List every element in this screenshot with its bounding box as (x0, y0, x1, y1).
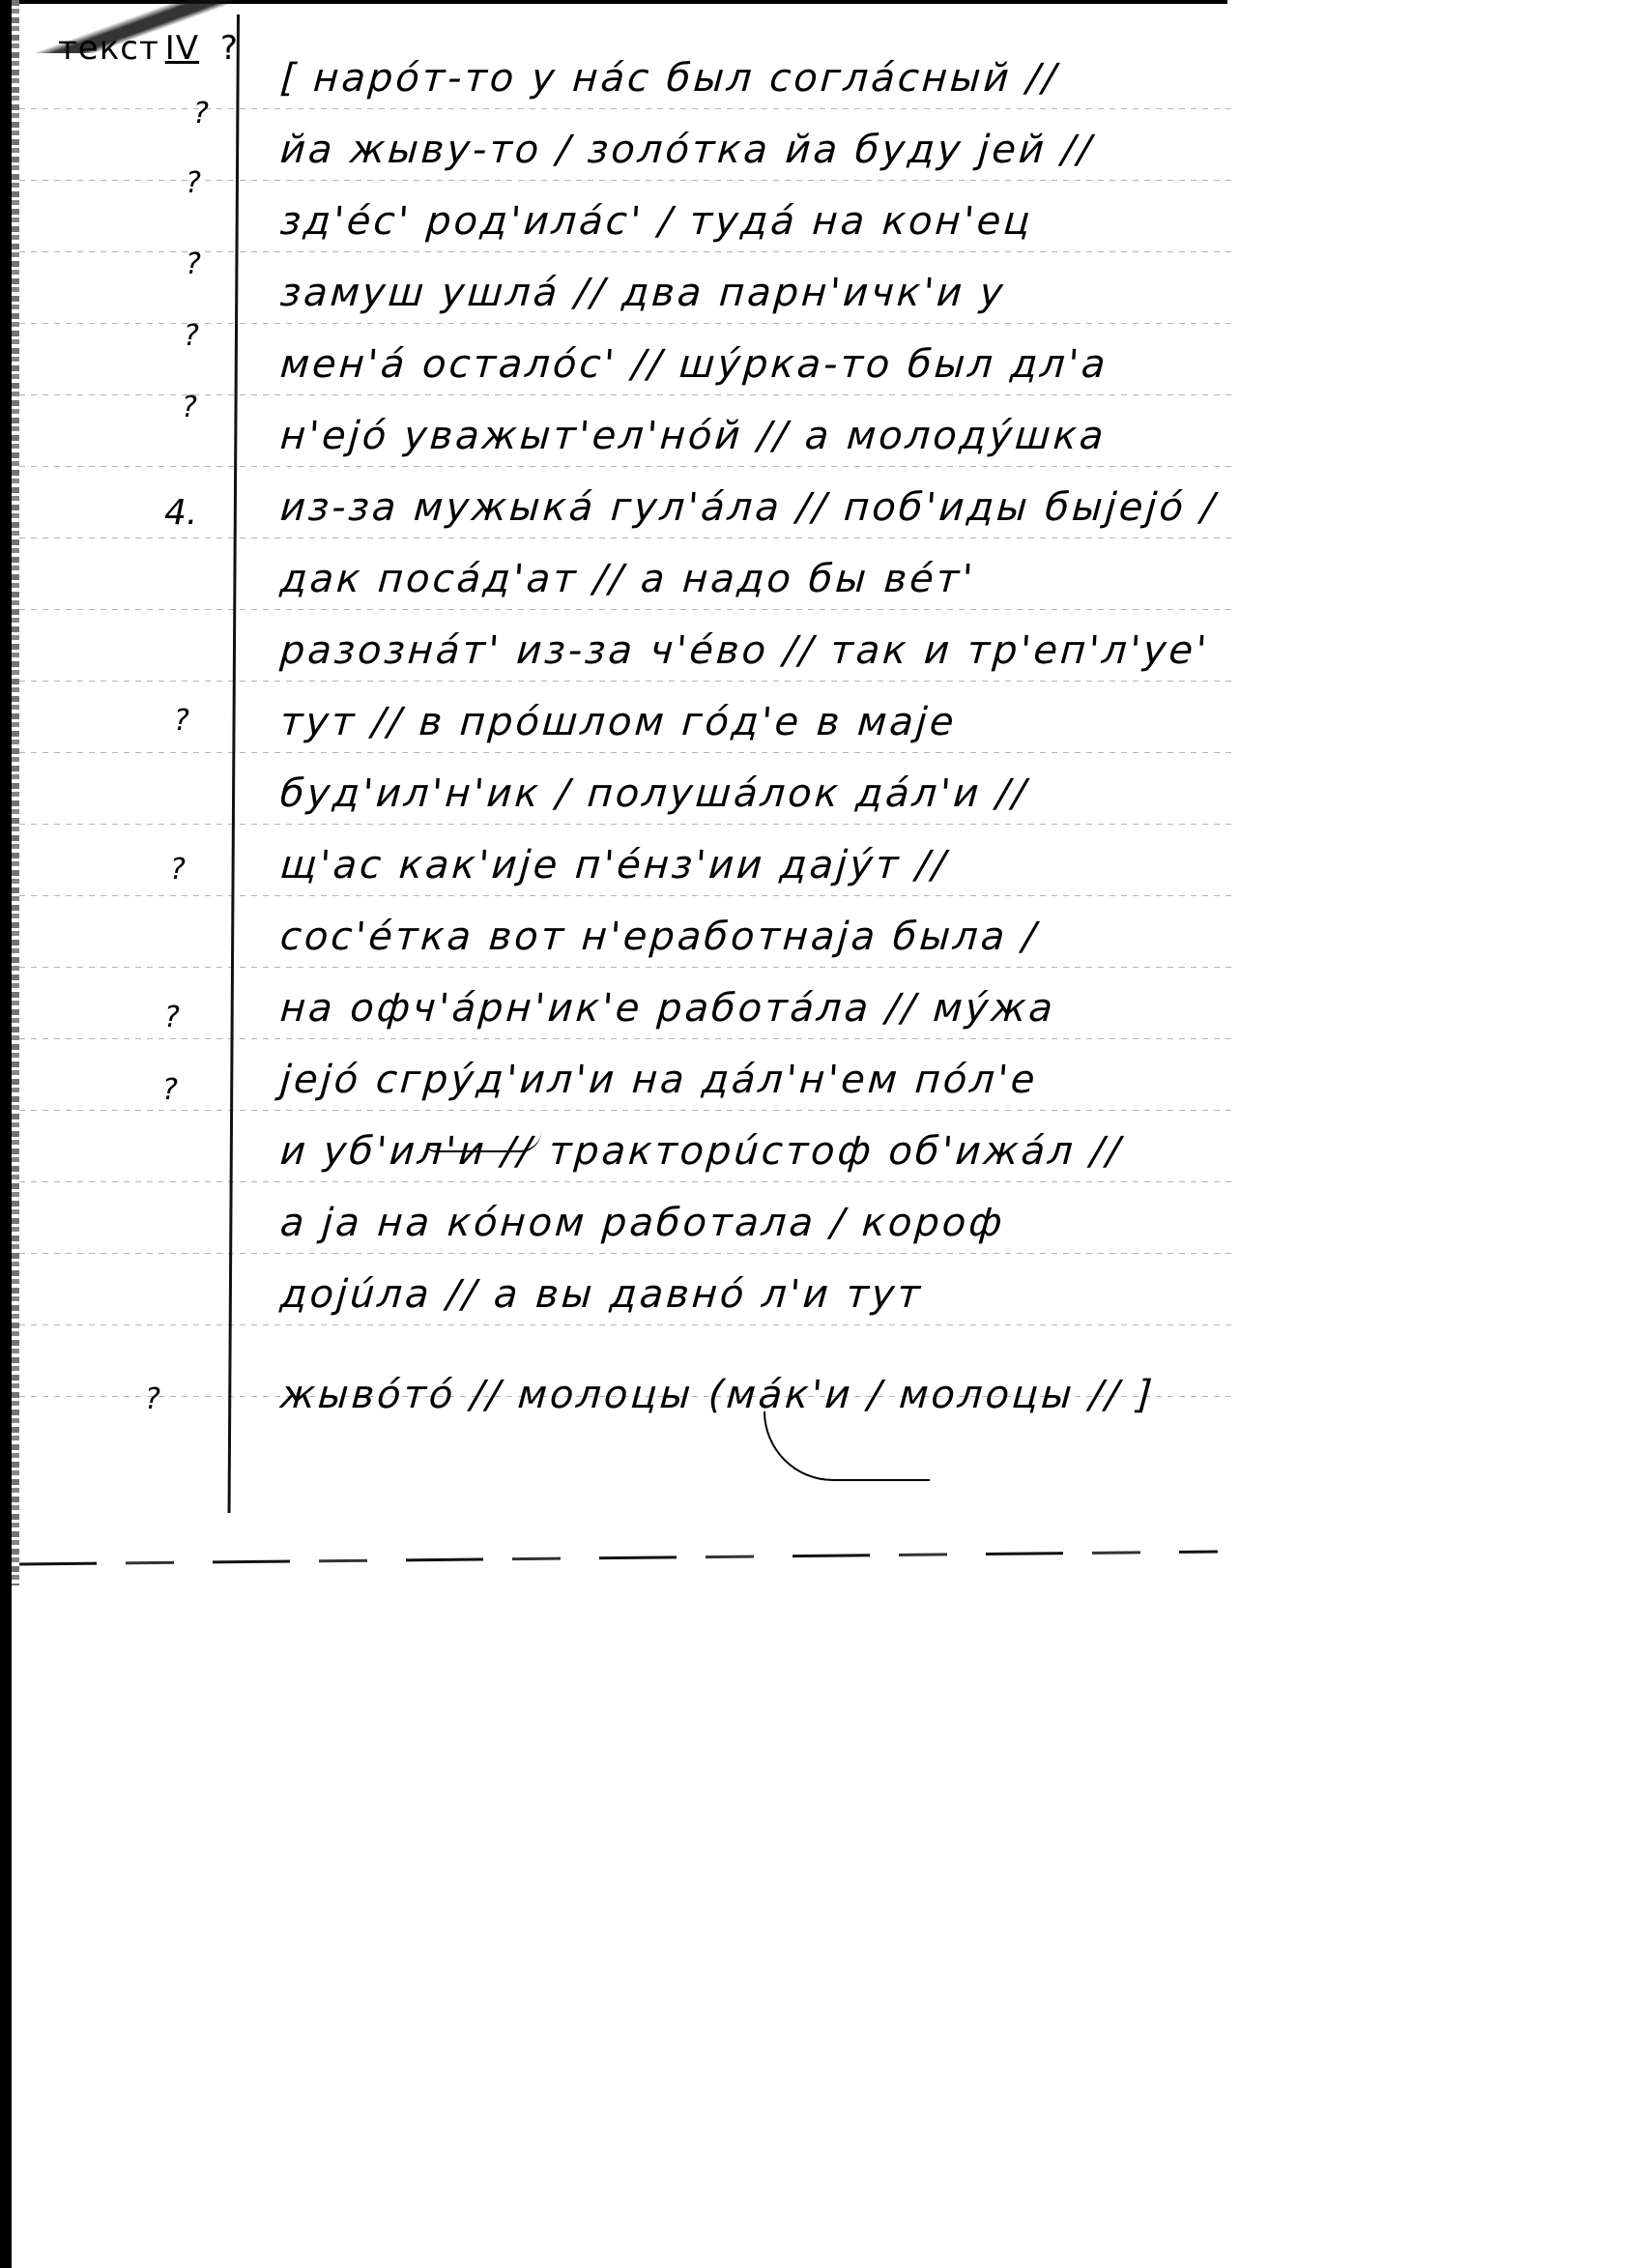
transcript-line-4: замуш ушлá // два парн'ичк'и у (278, 271, 1007, 315)
transcript-line-7: из-за мужыкá гул'áла // поб'иды быjejó / (278, 485, 1218, 530)
transcript-line-12: щ'ас как'иjе п'éнз'ии даjýт // (278, 843, 949, 887)
scanned-page: текстIV ? ? ? ? ? ? 4. ? ? ? ? ? [ нарóт… (0, 0, 1643, 2268)
ruled-line (19, 1110, 1237, 1111)
transcript-line-16: и уб'ил'и // тракторúстоф об'ижáл // (278, 1129, 1124, 1174)
transcript-line-3: зд'éс' род'илáс' / тудá на кон'ец (278, 199, 1034, 244)
margin-query-mark: ? (186, 166, 201, 200)
transcript-line-14: на офч'áрн'ик'е работáла // мýжа (278, 986, 1056, 1031)
text-heading: текстIV ? (58, 29, 239, 68)
transcript-line-1: [ нарóт-то у нáс был соглáсный // (278, 56, 1060, 101)
transcript-line-19: жывóтó // молоцы (мáк'и / молоцы // ] (278, 1373, 1156, 1417)
ruled-line (19, 895, 1237, 896)
margin-query-mark: ? (184, 319, 199, 353)
scan-left-edge (0, 0, 12, 2268)
scan-left-noise (12, 0, 19, 1585)
ruled-line (19, 323, 1237, 324)
margin-query-mark: ? (186, 247, 201, 281)
margin-query-mark: ? (174, 704, 189, 738)
ruled-line (19, 824, 1237, 825)
margin-rule (228, 15, 240, 1513)
margin-query-mark: ? (145, 1382, 160, 1416)
margin-query-mark: ? (182, 391, 197, 424)
underline-swoop (425, 1131, 541, 1152)
heading-query-mark: ? (220, 29, 239, 68)
transcript-line-9: разознáт' из-за ч'éво // так и тр'еп'л'у… (278, 628, 1210, 673)
transcript-line-17: а jа на кóном работала / короф (278, 1201, 1006, 1245)
transcript-line-8: дак посáд'ат // а надо бы вéт' (278, 557, 976, 601)
transcript-line-15: jejó сгрýд'ил'и на дáл'н'ем пóл'е (278, 1058, 1039, 1102)
ruled-line (19, 394, 1237, 395)
transcript-line-6: н'ejó уважыт'ел'нóй // а молодýшка (278, 414, 1108, 458)
heading-number: IV (165, 29, 199, 68)
ruled-line (19, 180, 1237, 181)
ruled-line (19, 752, 1237, 753)
ruled-line (19, 466, 1237, 467)
margin-query-mark: ? (170, 853, 186, 887)
ruled-line (19, 609, 1237, 610)
ruled-line (19, 967, 1237, 968)
transcript-line-2: йа жыву-то / золóтка йа буду jей // (278, 128, 1095, 172)
ruled-line (19, 1324, 1237, 1325)
transcript-line-5: мен'á осталóс' // шýрка-то был дл'а (278, 342, 1110, 387)
margin-query-mark: ? (162, 1073, 178, 1107)
ruled-line (19, 251, 1237, 252)
ruled-line (19, 538, 1237, 538)
transcript-line-13: сос'éтка вот н'еработнаjа была / (278, 915, 1040, 959)
ruled-line (19, 1253, 1237, 1254)
ruled-line (19, 681, 1237, 682)
transcript-line-18: доjúла // а вы давнó л'и тут (278, 1272, 924, 1317)
bottom-rule (19, 1551, 1218, 1566)
margin-query-mark: ? (164, 1001, 180, 1034)
margin-query-mark: ? (193, 97, 209, 131)
bracket-swoop (764, 1411, 930, 1481)
heading-label: текст (58, 29, 159, 68)
ruled-line (19, 1181, 1237, 1182)
margin-number-mark: 4. (164, 493, 197, 533)
transcript-line-10: тут // в прóшлом гóд'е в маjе (278, 700, 958, 744)
ruled-line (19, 1038, 1237, 1039)
transcript-line-11: буд'ил'н'ик / полушáлок дáл'и // (278, 771, 1029, 816)
